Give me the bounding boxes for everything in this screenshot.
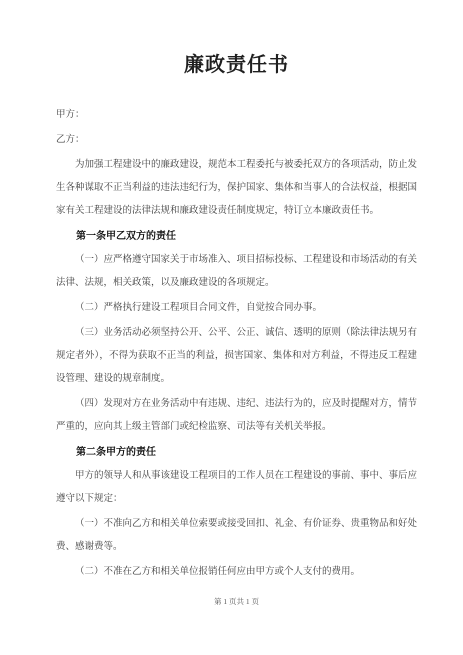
page-number-footer: 第 1 页共 1 页 bbox=[56, 596, 417, 608]
section-1-paragraph-2: （二）严格执行建设工程项目合同文件，自觉按合同办事。 bbox=[56, 297, 417, 320]
party-b-label: 乙方： bbox=[56, 129, 417, 152]
section-2-heading: 第二条甲方的责任 bbox=[56, 441, 417, 464]
intro-paragraph: 为加强工程建设中的廉政建设，规范本工程委托与被委托双方的各项活动，防止发生各种谋… bbox=[56, 154, 417, 223]
document-page: 廉政责任书 甲方： 乙方： 为加强工程建设中的廉政建设，规范本工程委托与被委托双… bbox=[0, 0, 463, 655]
section-1-heading: 第一条甲乙双方的责任 bbox=[56, 225, 417, 248]
section-2-paragraph-1: 甲方的领导人和从事该建设工程项目的工作人员在工程建设的事前、事中、事后应遵守以下… bbox=[56, 465, 417, 511]
document-title: 廉政责任书 bbox=[56, 50, 417, 80]
party-a-label: 甲方： bbox=[56, 104, 417, 127]
section-1-paragraph-1: （一）应严格遵守国家关于市场准入、项目招标投标、工程建设和市场活动的有关法律、法… bbox=[56, 249, 417, 295]
section-2-paragraph-3: （二）不准在乙方和相关单位报销任何应由甲方或个人支付的费用。 bbox=[56, 561, 417, 584]
section-1-paragraph-4: （四）发现对方在业务活动中有违规、违纪、违法行为的，应及时提醒对方，情节严重的，… bbox=[56, 393, 417, 439]
section-1-paragraph-3: （三）业务活动必须坚持公开、公平、公正、诚信、透明的原则（除法律法规另有规定者外… bbox=[56, 322, 417, 391]
section-2-paragraph-2: （一）不准向乙方和相关单位索要或接受回扣、礼金、有价证券、贵重物品和好处费、感谢… bbox=[56, 513, 417, 559]
